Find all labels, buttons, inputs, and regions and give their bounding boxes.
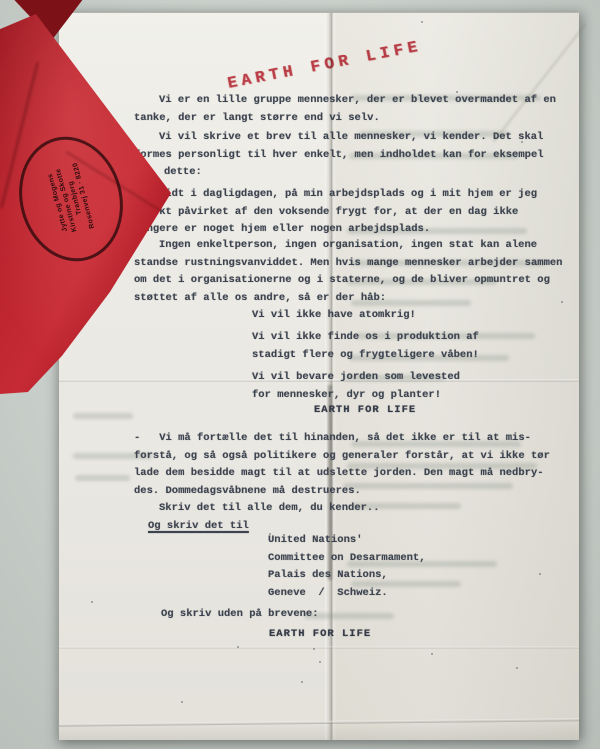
letter-line: United Nations' <box>268 532 426 550</box>
letter-line: Vi er en lille gruppe mennesker, der er … <box>159 92 556 110</box>
letter-line: Committee on Desarmament, <box>268 550 426 568</box>
letter-paragraph: Og skriv uden på brevene: <box>134 606 319 624</box>
letter-line: Midt i dagligdagen, på min arbejdsplads … <box>159 186 537 204</box>
letter-line: tanke, der er langt større end vi selv. <box>134 110 556 128</box>
letter-line: støttet af alle os andre, så er der håb: <box>134 290 562 308</box>
letter-line: Skriv det til alle dem, du kender.. <box>159 500 380 518</box>
letter-line: formes personligt til hver enkelt, men i… <box>134 147 544 165</box>
letter-paragraph: Skriv det til alle dem, du kender.. <box>134 500 380 518</box>
letter-paragraph: - Vi må fortælle det til hinanden, så de… <box>134 430 550 500</box>
letter-paragraph: EARTH FOR LIFE <box>134 626 371 644</box>
photo-of-letter: Vi er en lille gruppe mennesker, der er … <box>0 0 600 749</box>
red-envelope: Jytte og MogensKirstine og SkotteTranbje… <box>0 0 190 410</box>
letter-paragraph: Vi er en lille gruppe mennesker, der er … <box>134 92 556 127</box>
letter-paragraph: Ingen enkeltperson, ingen organisation, … <box>134 237 562 307</box>
letter-line: Vi vil ikke finde os i produktion af <box>252 329 479 347</box>
letter-paragraph: Vi vil skrive et brev til alle mennesker… <box>134 129 544 182</box>
letter-line: længere er noget hjem eller nogen arbejd… <box>134 221 537 239</box>
letter-line: stadigt flere og frygteligere våben! <box>252 347 479 365</box>
letter-line: Vi vil bevare jorden som levested <box>252 369 460 387</box>
letter-paragraph: Midt i dagligdagen, på min arbejdsplads … <box>134 186 537 239</box>
letter-paragraph: United Nations'Committee on Desarmament,… <box>134 532 426 602</box>
letter-line: Og skriv uden på brevene: <box>161 606 319 624</box>
letter-line: lade dem besidde magt til at udslette jo… <box>134 465 550 483</box>
letter-line: Ingen enkeltperson, ingen organisation, … <box>159 237 562 255</box>
letter-line: Geneve / Schweiz. <box>268 585 426 603</box>
letter-line: EARTH FOR LIFE <box>314 402 416 420</box>
letter-line: Vi vil skrive et brev til alle mennesker… <box>159 129 544 147</box>
letter-line: forstå, og så også politikere og general… <box>134 448 550 466</box>
letter-line: - Vi må fortælle det til hinanden, så de… <box>134 430 550 448</box>
letter-line: om det i organisationerne og i staterne,… <box>134 272 562 290</box>
letter-line: Vi vil ikke have atomkrig! <box>252 307 416 325</box>
letter-line: EARTH FOR LIFE <box>269 626 371 644</box>
letter-line: stærkt påvirket af den voksende frygt fo… <box>134 204 537 222</box>
letter-line: Palais des Nations, <box>268 567 426 585</box>
letter-line: des. Dommedagsvåbnene må destrueres. <box>134 483 550 501</box>
letter-line: standse rustningsvanviddet. Men hvis man… <box>134 255 562 273</box>
letter-line: dette: <box>164 164 544 182</box>
